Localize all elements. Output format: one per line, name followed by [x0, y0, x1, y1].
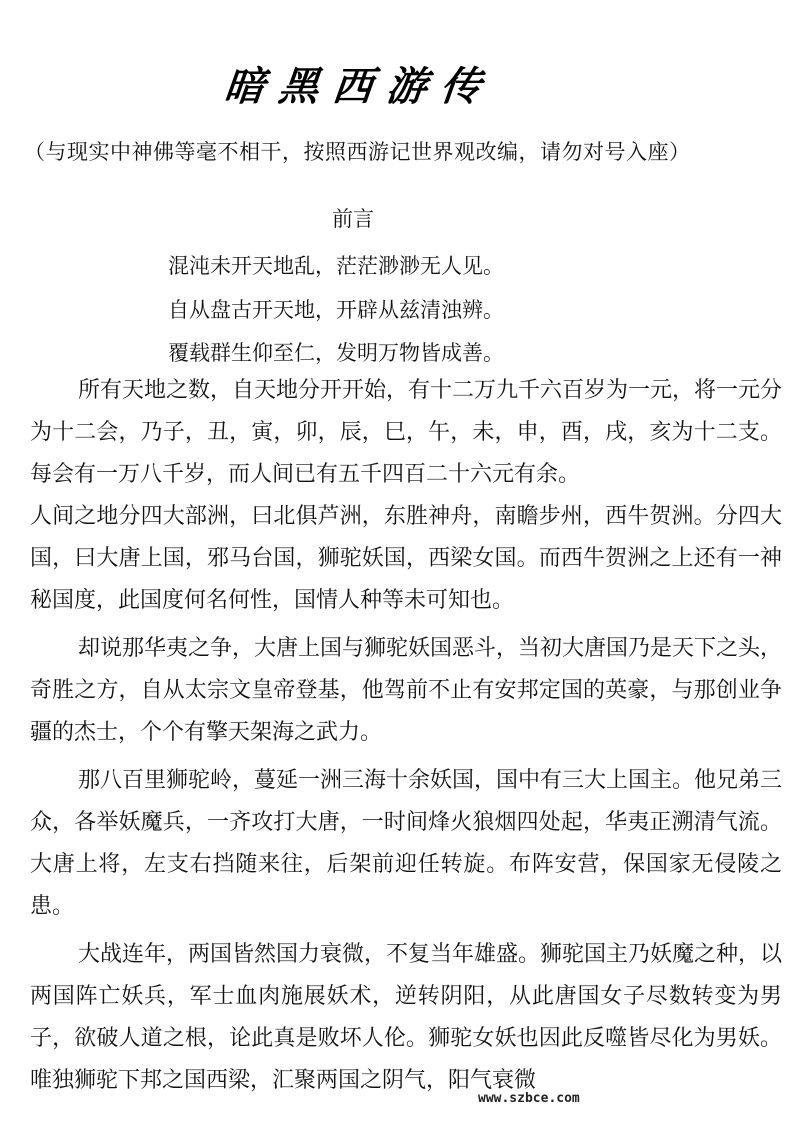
watermark-url: www.szbce.com: [478, 1091, 580, 1106]
poem-line: 混沌未开天地乱，茫茫渺渺无人见。: [168, 250, 504, 280]
poem-line: 覆载群生仰至仁，发明万物皆成善。: [168, 337, 504, 367]
paragraph: 那八百里狮驼岭，蔓延一洲三海十余妖国，国中有三大上国主。他兄弟三众，各举妖魔兵，…: [30, 760, 782, 928]
paragraph: 却说那华夷之争，大唐上国与狮驼妖国恶斗，当初大唐国乃是天下之头，奇胜之方，自从太…: [30, 628, 782, 754]
body-text: 所有天地之数，自天地分开开始，有十二万九千六百岁为一元，将一元分为十二会，乃子，…: [30, 370, 782, 1102]
poem-line: 自从盘古开天地，开辟从兹清浊辨。: [168, 294, 504, 324]
preface-heading: 前言: [332, 203, 374, 233]
paragraph: 大战连年，两国皆然国力衰微，不复当年雄盛。狮驼国主乃妖魔之种，以两国阵亡妖兵，军…: [30, 934, 782, 1102]
document-subtitle: （与现实中神佛等毫不相干，按照西游记世界观改编，请勿对号入座）: [24, 136, 784, 166]
paragraph: 人间之地分四大部洲，曰北俱芦洲，东胜神舟，南瞻步州，西牛贺洲。分四大国，曰大唐上…: [30, 496, 782, 622]
document-title: 暗黑西游传: [0, 55, 723, 112]
paragraph: 所有天地之数，自天地分开开始，有十二万九千六百岁为一元，将一元分为十二会，乃子，…: [30, 370, 782, 496]
